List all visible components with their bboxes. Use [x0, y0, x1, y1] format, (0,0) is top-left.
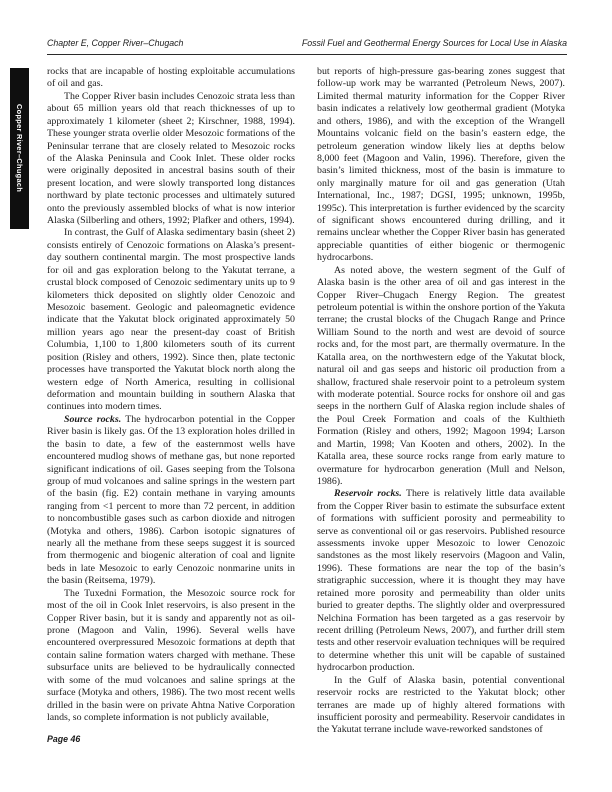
header-rule [47, 54, 567, 55]
paragraph-source-rocks: Source rocks. The hydrocarbon potential … [47, 414, 295, 588]
left-column: rocks that are incapable of hosting expl… [47, 66, 295, 724]
paragraph: The Tuxedni Formation, the Mesozoic sour… [47, 588, 295, 725]
paragraph: As noted above, the western segment of t… [317, 265, 565, 489]
page-number: Page 46 [47, 734, 80, 744]
paragraph: The Copper River basin includes Cenozoic… [47, 91, 295, 228]
paragraph-continuation: rocks that are incapable of hosting expl… [47, 66, 295, 91]
header-chapter-label: Chapter E, Copper River–Chugach [47, 38, 183, 48]
paragraph-text: There is relatively little data availabl… [317, 488, 565, 673]
header-report-title: Fossil Fuel and Geothermal Energy Source… [302, 38, 567, 48]
paragraph-text: The hydrocarbon potential in the Copper … [47, 414, 295, 586]
chapter-edge-tab: Copper River–Chugach [10, 68, 29, 229]
paragraph-reservoir-rocks: Reservoir rocks. There is relatively lit… [317, 488, 565, 674]
paragraph: In the Gulf of Alaska basin, potential c… [317, 675, 565, 737]
paragraph-continuation: but reports of high-pressure gas-bearing… [317, 66, 565, 265]
document-page: Chapter E, Copper River–Chugach Fossil F… [0, 0, 612, 792]
right-column: but reports of high-pressure gas-bearing… [317, 66, 565, 737]
chapter-edge-tab-label: Copper River–Chugach [15, 104, 24, 192]
paragraph: In contrast, the Gulf of Alaska sediment… [47, 227, 295, 413]
run-in-heading: Reservoir rocks. [334, 488, 402, 499]
run-in-heading: Source rocks. [64, 414, 121, 425]
